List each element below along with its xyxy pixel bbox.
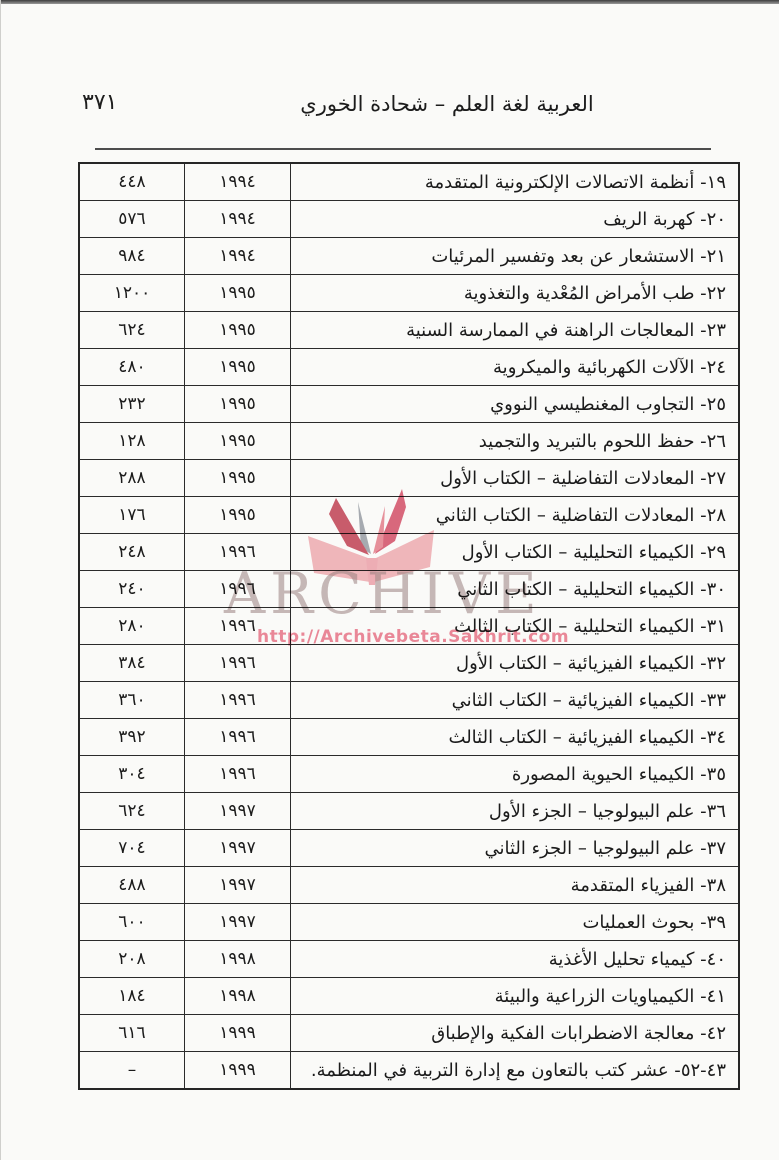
year-cell: ١٩٩٨ bbox=[185, 941, 291, 978]
book-title-cell: ٣٤- الكيمياء الفيزيائية – الكتاب الثالث bbox=[291, 719, 740, 756]
table-row: ٢٢- طب الأمراض المُعْدية والتغذوية ١٩٩٥ … bbox=[79, 275, 739, 312]
book-title-cell: ٢٩- الكيمياء التحليلية – الكتاب الأول bbox=[291, 534, 740, 571]
year-cell: ١٩٩٦ bbox=[185, 534, 291, 571]
header-rule bbox=[95, 148, 711, 150]
year-cell: ١٩٩٤ bbox=[185, 163, 291, 201]
year-cell: ١٩٩٥ bbox=[185, 497, 291, 534]
book-title-cell: ٢٢- طب الأمراض المُعْدية والتغذوية bbox=[291, 275, 740, 312]
table-row: ٢٨- المعادلات التفاضلية – الكتاب الثاني … bbox=[79, 497, 739, 534]
year-cell: ١٩٩٧ bbox=[185, 793, 291, 830]
book-title-cell: ٢٤- الآلات الكهربائية والميكروية bbox=[291, 349, 740, 386]
year-cell: ١٩٩٥ bbox=[185, 460, 291, 497]
book-title-cell: ٣٩- بحوث العمليات bbox=[291, 904, 740, 941]
pages-cell: ٢٠٨ bbox=[79, 941, 185, 978]
year-cell: ١٩٩٥ bbox=[185, 275, 291, 312]
table-row: ٤٠- كيمياء تحليل الأغذية ١٩٩٨ ٢٠٨ bbox=[79, 941, 739, 978]
book-title-cell: ٢١- الاستشعار عن بعد وتفسير المرئيات bbox=[291, 238, 740, 275]
year-cell: ١٩٩٦ bbox=[185, 682, 291, 719]
year-cell: ١٩٩٦ bbox=[185, 645, 291, 682]
table-row: ٢٦- حفظ اللحوم بالتبريد والتجميد ١٩٩٥ ١٢… bbox=[79, 423, 739, 460]
pages-cell: ١٢٠٠ bbox=[79, 275, 185, 312]
book-title-cell: ٢٧- المعادلات التفاضلية – الكتاب الأول bbox=[291, 460, 740, 497]
pages-cell: – bbox=[79, 1052, 185, 1090]
table-row: ٣٠- الكيمياء التحليلية – الكتاب الثاني ١… bbox=[79, 571, 739, 608]
table-row: ٣٤- الكيمياء الفيزيائية – الكتاب الثالث … bbox=[79, 719, 739, 756]
pages-cell: ٤٤٨ bbox=[79, 163, 185, 201]
table-row: ٤١- الكيمياويات الزراعية والبيئة ١٩٩٨ ١٨… bbox=[79, 978, 739, 1015]
pages-cell: ٢٨٠ bbox=[79, 608, 185, 645]
pages-cell: ١٨٤ bbox=[79, 978, 185, 1015]
book-title-cell: ٣٣- الكيمياء الفيزيائية – الكتاب الثاني bbox=[291, 682, 740, 719]
pages-cell: ٦٢٤ bbox=[79, 793, 185, 830]
pages-cell: ٢٤٠ bbox=[79, 571, 185, 608]
pages-cell: ٣٦٠ bbox=[79, 682, 185, 719]
book-title-cell: ٢٥- التجاوب المغنطيسي النووي bbox=[291, 386, 740, 423]
table-row: ١٩- أنظمة الاتصالات الإلكترونية المتقدمة… bbox=[79, 163, 739, 201]
book-title-cell: ٤٣-٥٢- عشر كتب بالتعاون مع إدارة التربية… bbox=[291, 1052, 740, 1090]
table-row: ٢٧- المعادلات التفاضلية – الكتاب الأول ١… bbox=[79, 460, 739, 497]
books-table-body: ١٩- أنظمة الاتصالات الإلكترونية المتقدمة… bbox=[79, 163, 739, 1089]
table-row: ٢٩- الكيمياء التحليلية – الكتاب الأول ١٩… bbox=[79, 534, 739, 571]
table-row: ٤٣-٥٢- عشر كتب بالتعاون مع إدارة التربية… bbox=[79, 1052, 739, 1090]
pages-cell: ٢٤٨ bbox=[79, 534, 185, 571]
book-title-cell: ٣٥- الكيمياء الحيوية المصورة bbox=[291, 756, 740, 793]
pages-cell: ١٢٨ bbox=[79, 423, 185, 460]
pages-cell: ٦٢٤ bbox=[79, 312, 185, 349]
year-cell: ١٩٩٩ bbox=[185, 1052, 291, 1090]
pages-cell: ٣٠٤ bbox=[79, 756, 185, 793]
year-cell: ١٩٩٥ bbox=[185, 423, 291, 460]
year-cell: ١٩٩٦ bbox=[185, 608, 291, 645]
year-cell: ١٩٩٧ bbox=[185, 830, 291, 867]
table-row: ٣٧- علم البيولوجيا – الجزء الثاني ١٩٩٧ ٧… bbox=[79, 830, 739, 867]
book-title-cell: ٤٢- معالجة الاضطرابات الفكية والإطباق bbox=[291, 1015, 740, 1052]
table-row: ٢١- الاستشعار عن بعد وتفسير المرئيات ١٩٩… bbox=[79, 238, 739, 275]
pages-cell: ٢٨٨ bbox=[79, 460, 185, 497]
page-header-title: العربية لغة العلم – شحادة الخوري bbox=[300, 92, 593, 116]
table-row: ٣٦- علم البيولوجيا – الجزء الأول ١٩٩٧ ٦٢… bbox=[79, 793, 739, 830]
table-row: ٣٩- بحوث العمليات ١٩٩٧ ٦٠٠ bbox=[79, 904, 739, 941]
table-row: ٣٥- الكيمياء الحيوية المصورة ١٩٩٦ ٣٠٤ bbox=[79, 756, 739, 793]
book-title-cell: ١٩- أنظمة الاتصالات الإلكترونية المتقدمة bbox=[291, 163, 740, 201]
year-cell: ١٩٩٦ bbox=[185, 719, 291, 756]
books-table: ١٩- أنظمة الاتصالات الإلكترونية المتقدمة… bbox=[78, 162, 740, 1090]
year-cell: ١٩٩٧ bbox=[185, 904, 291, 941]
year-cell: ١٩٩٦ bbox=[185, 756, 291, 793]
pages-cell: ٩٨٤ bbox=[79, 238, 185, 275]
table-row: ٢٤- الآلات الكهربائية والميكروية ١٩٩٥ ٤٨… bbox=[79, 349, 739, 386]
book-title-cell: ٣٨- الفيزياء المتقدمة bbox=[291, 867, 740, 904]
year-cell: ١٩٩٥ bbox=[185, 312, 291, 349]
year-cell: ١٩٩٨ bbox=[185, 978, 291, 1015]
book-title-cell: ٣٢- الكيمياء الفيزيائية – الكتاب الأول bbox=[291, 645, 740, 682]
pages-cell: ٤٨٠ bbox=[79, 349, 185, 386]
book-title-cell: ٣٠- الكيمياء التحليلية – الكتاب الثاني bbox=[291, 571, 740, 608]
table-row: ٢٣- المعالجات الراهنة في الممارسة السنية… bbox=[79, 312, 739, 349]
year-cell: ١٩٩٥ bbox=[185, 386, 291, 423]
book-title-cell: ٣١- الكيمياء التحليلية – الكتاب الثالث bbox=[291, 608, 740, 645]
pages-cell: ٣٨٤ bbox=[79, 645, 185, 682]
scan-left-edge bbox=[0, 0, 1, 1160]
pages-cell: ٢٣٢ bbox=[79, 386, 185, 423]
table-row: ٢٥- التجاوب المغنطيسي النووي ١٩٩٥ ٢٣٢ bbox=[79, 386, 739, 423]
book-title-cell: ٣٧- علم البيولوجيا – الجزء الثاني bbox=[291, 830, 740, 867]
pages-cell: ٦٠٠ bbox=[79, 904, 185, 941]
page-number: ٣٧١ bbox=[82, 90, 117, 115]
book-title-cell: ٢٣- المعالجات الراهنة في الممارسة السنية bbox=[291, 312, 740, 349]
table-row: ٣٣- الكيمياء الفيزيائية – الكتاب الثاني … bbox=[79, 682, 739, 719]
year-cell: ١٩٩٧ bbox=[185, 867, 291, 904]
table-row: ٤٢- معالجة الاضطرابات الفكية والإطباق ١٩… bbox=[79, 1015, 739, 1052]
table-row: ٢٠- كهربة الريف ١٩٩٤ ٥٧٦ bbox=[79, 201, 739, 238]
table-row: ٣١- الكيمياء التحليلية – الكتاب الثالث ١… bbox=[79, 608, 739, 645]
pages-cell: ٧٠٤ bbox=[79, 830, 185, 867]
table-row: ٣٢- الكيمياء الفيزيائية – الكتاب الأول ١… bbox=[79, 645, 739, 682]
pages-cell: ٦١٦ bbox=[79, 1015, 185, 1052]
pages-cell: ٤٨٨ bbox=[79, 867, 185, 904]
pages-cell: ٣٩٢ bbox=[79, 719, 185, 756]
year-cell: ١٩٩٩ bbox=[185, 1015, 291, 1052]
year-cell: ١٩٩٦ bbox=[185, 571, 291, 608]
year-cell: ١٩٩٤ bbox=[185, 238, 291, 275]
book-title-cell: ٤٠- كيمياء تحليل الأغذية bbox=[291, 941, 740, 978]
book-title-cell: ٤١- الكيمياويات الزراعية والبيئة bbox=[291, 978, 740, 1015]
scan-top-edge bbox=[0, 0, 779, 4]
pages-cell: ٥٧٦ bbox=[79, 201, 185, 238]
book-title-cell: ٢٦- حفظ اللحوم بالتبريد والتجميد bbox=[291, 423, 740, 460]
year-cell: ١٩٩٥ bbox=[185, 349, 291, 386]
book-title-cell: ٣٦- علم البيولوجيا – الجزء الأول bbox=[291, 793, 740, 830]
book-title-cell: ٢٨- المعادلات التفاضلية – الكتاب الثاني bbox=[291, 497, 740, 534]
year-cell: ١٩٩٤ bbox=[185, 201, 291, 238]
table-row: ٣٨- الفيزياء المتقدمة ١٩٩٧ ٤٨٨ bbox=[79, 867, 739, 904]
pages-cell: ١٧٦ bbox=[79, 497, 185, 534]
book-title-cell: ٢٠- كهربة الريف bbox=[291, 201, 740, 238]
